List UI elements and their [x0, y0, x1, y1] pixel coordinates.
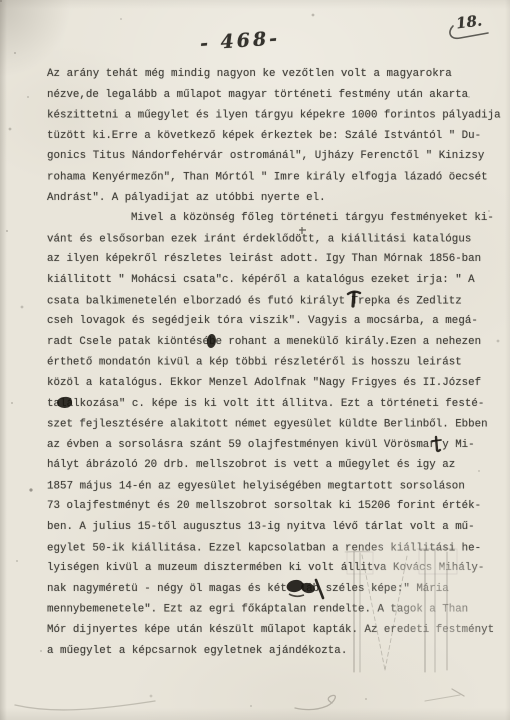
typescript-line: mennybemenetele". Ezt az egri főkáptalan… — [47, 600, 501, 621]
typescript-line: készittetni a műegylet és ilyen tárgyu k… — [47, 105, 501, 126]
typescript-line: Mivel a közönség főleg történeti tárgyu … — [47, 208, 501, 229]
typescript-line: találkozása" c. képe is ki volt itt álli… — [47, 394, 501, 415]
typescript-line: 1857 május 14-én az egyesület helyiségéb… — [47, 476, 501, 497]
typescript-line: lyiségen kivül a muzeum disztermében ki … — [47, 558, 501, 579]
typescript-line: kiállitott " Mohácsi csata"c. képéről a … — [47, 270, 501, 291]
typescript-line: Az arány tehát még mindig nagyon ke vező… — [47, 64, 501, 85]
scanned-typescript-page: 18. - 468- Az arány tehát még mindig nag… — [0, 0, 510, 720]
typescript-line: vánt és elsősorban ezek iránt érdeklődöt… — [47, 229, 501, 250]
handwritten-folio-number: - 468- — [199, 27, 280, 55]
typescript-line: közöl a katalógus. Ekkor Menzel Adolfnak… — [47, 373, 501, 394]
typescript-line: Mór dijnyertes képe után készült műlapot… — [47, 620, 501, 641]
pencil-scribbles — [5, 685, 505, 717]
dust-specks — [0, 0, 2, 2]
typescript-line: radt Csele patak kiöntésébe rohant a men… — [47, 332, 501, 353]
typescript-line: hályt ábrázoló 20 drb. mellszobrot is ve… — [47, 455, 501, 476]
typescript-line: érthető mondatón kivül a kép többi részl… — [47, 353, 501, 374]
typescript-line: egylet 50-ik kiállitása. Ezzel kapcsolat… — [47, 538, 501, 559]
typescript-line: csata balkimenetelén elborzadó és futó k… — [47, 291, 501, 312]
typescript-line: gonics Titus Nándorfehérvár ostrománál",… — [47, 146, 501, 167]
typescript-line: rohama Kenyérmezőn", Than Mórtól " Imre … — [47, 167, 501, 188]
typescript-line: Andrást". A pályadijat az utóbbi nyerte … — [47, 188, 501, 209]
typescript-line: tüzött ki.Erre a következő képek érkezte… — [47, 126, 501, 147]
typescript-line: szet fejlesztésére alakitott német egyes… — [47, 414, 501, 435]
typescript-line: az ilyen képekről részletes leirást adot… — [47, 249, 501, 270]
typescript-line: nak nagyméretü - négy öl magas és két lá… — [47, 579, 501, 600]
typescript-line: 73 olajfestményt és 20 mellszobrot sorso… — [47, 496, 501, 517]
typescript-line: nézve,de legalább a műlapot magyar törté… — [47, 85, 501, 106]
typescript-line: a műegylet a képcsarnok egyletnek ajándé… — [47, 641, 501, 662]
typescript-line: cseh lovagok és segédjeik tóra viszik". … — [47, 311, 501, 332]
pen-flourish-mark — [444, 18, 494, 44]
typescript-line: ben. A julius 15-től augusztus 13-ig nyi… — [47, 517, 501, 538]
typescript-line: az évben a sorsolásra szánt 59 olajfestm… — [47, 435, 501, 456]
typescript-body: Az arány tehát még mindig nagyon ke vező… — [47, 64, 501, 661]
